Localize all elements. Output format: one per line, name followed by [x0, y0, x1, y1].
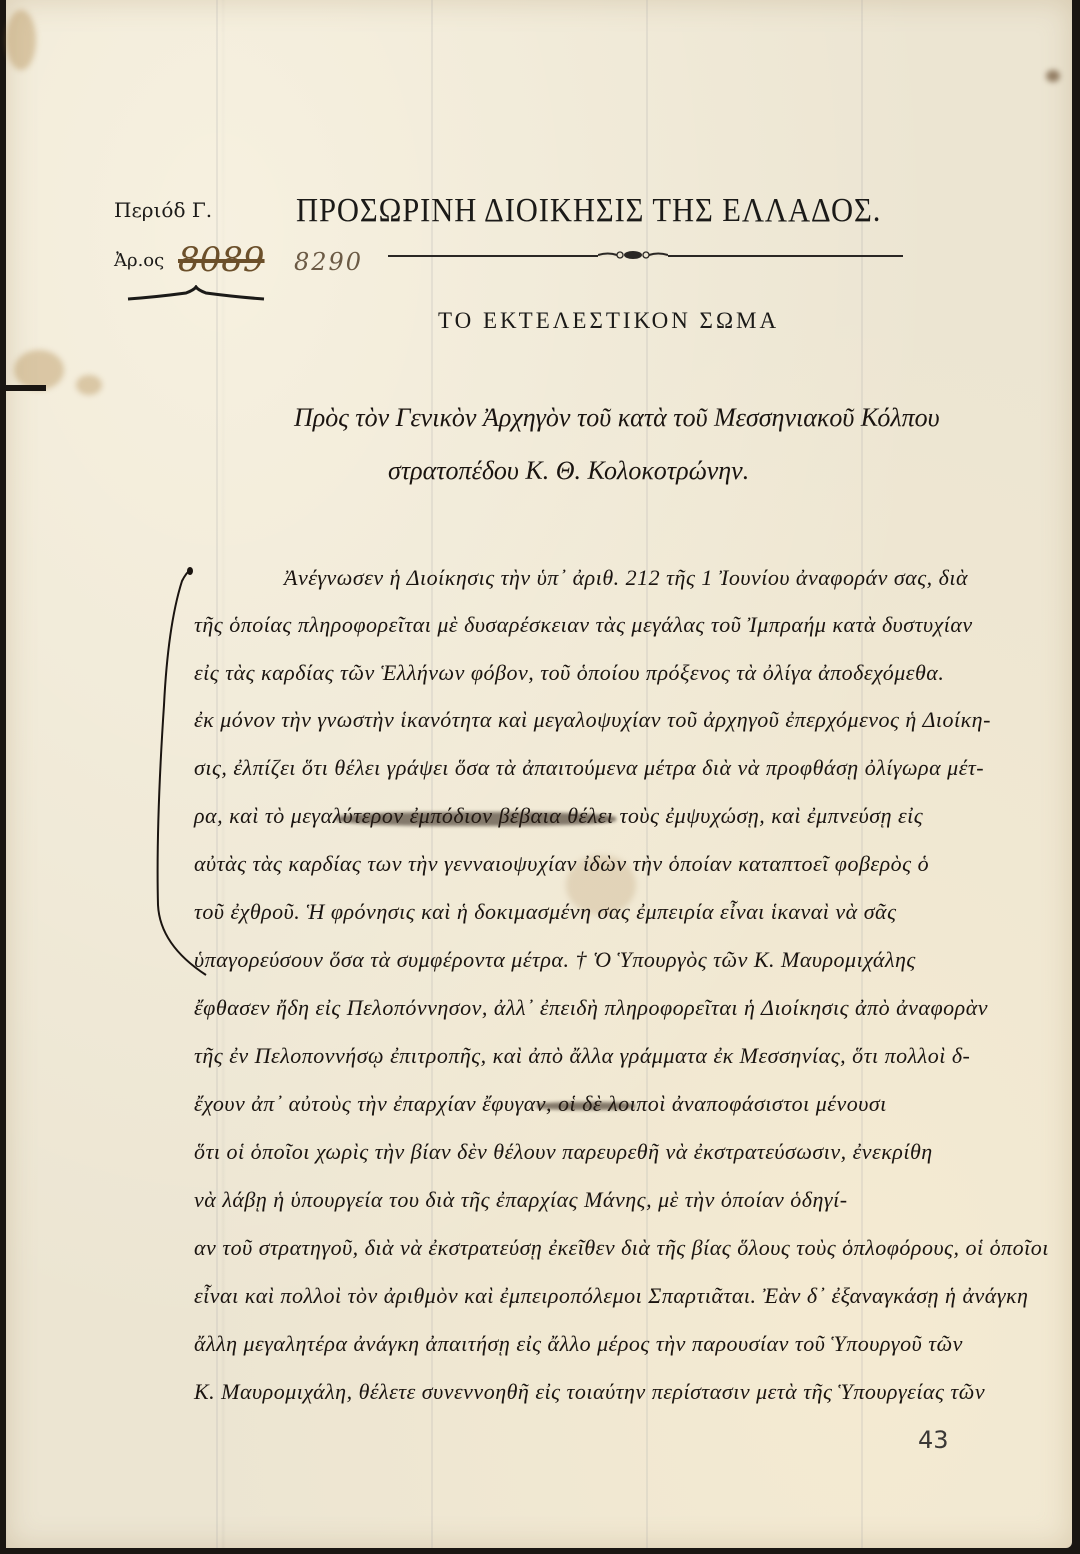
body-line: σις, ἐλπίζει ὅτι θέλει γράψει ὅσα τὰ ἀπα… [194, 755, 984, 781]
page-number: 43 [918, 1426, 949, 1454]
body-line: τῆς ἐν Πελοποννήσῳ ἐπιτροπῆς, καὶ ἀπὸ ἄλ… [194, 1043, 970, 1069]
document-number: 8290 [294, 248, 363, 276]
brace-ornament-icon [126, 285, 266, 305]
body-line: ὅτι οἱ ὁποῖοι χωρὶς τὴν βίαν δὲν θέλουν … [194, 1139, 933, 1165]
water-stain [14, 350, 64, 390]
body-line: αν τοῦ στρατηγοῦ, διὰ νὰ ἐκστρατεύσῃ ἐκε… [194, 1235, 1049, 1261]
body-line: εἰς τὰς καρδίας τῶν Ἑλλήνων φόβον, τοῦ ὁ… [194, 660, 944, 686]
body-line: Κ. Μαυρομιχάλη, θέλετε συνεννοηθῆ εἰς το… [194, 1379, 985, 1405]
paper-tear [6, 385, 46, 391]
body-line: ὑπαγορεύσουν ὅσα τὰ συμφέροντα μέτρα. † … [194, 947, 916, 973]
body-line: τῆς ὁποίας πληροφορεῖται μὲ δυσαρέσκειαν… [194, 612, 973, 638]
body-line: ἔφθασεν ἤδη εἰς Πελοπόννησον, ἀλλ᾽ ἐπειδ… [194, 995, 988, 1021]
body-line: Ἀνέγνωσεν ἡ Διοίκησις τὴν ὑπ᾽ ἀριθ. 212 … [284, 565, 968, 591]
number-label: Ἀρ.ος [114, 250, 164, 271]
body-line: ἐκ μόνον τὴν γνωστὴν ἱκανότητα καὶ μεγαλ… [194, 707, 991, 733]
body-line: νὰ λάβῃ ἡ ὑπουργεία του διὰ τῆς ἐπαρχίας… [194, 1187, 848, 1213]
body-line: αὐτὰς τὰς καρδίας των τὴν γενναιοψυχίαν … [194, 851, 929, 877]
letterhead-subtitle: ΤΟ ΕΚΤΕΛΕΣΤΙΚΟΝ ΣΩΜΑ [438, 308, 779, 334]
letterhead-title: ΠΡΟΣΩΡΙΝΗ ΔΙΟΙΚΗΣΙΣ ΤΗΣ ΕΛΛΑΔΟΣ. [296, 192, 881, 230]
period-label: Περιόδ Γ. [114, 198, 212, 222]
body-line: ἄλλη μεγαλητέρα ἀνάγκη ἀπαιτήσῃ εἰς ἄλλο… [194, 1331, 963, 1357]
addressee-line-2: στρατοπέδου Κ. Θ. Κολοκοτρώνην. [388, 456, 749, 486]
body-line: τοῦ ἐχθροῦ. Ἡ φρόνησις καὶ ἡ δοκιμασμένη… [194, 899, 897, 925]
rule-ornament-icon [598, 249, 668, 261]
addressee-line-1: Πρὸς τὸν Γενικὸν Ἀρχηγὸν τοῦ κατὰ τοῦ Με… [294, 403, 940, 433]
document-page: Περιόδ Γ. ΠΡΟΣΩΡΙΝΗ ΔΙΟΙΚΗΣΙΣ ΤΗΣ ΕΛΛΑΔΟ… [6, 0, 1072, 1548]
water-stain [76, 375, 102, 395]
body-line: εἶναι καὶ πολλοὶ τὸν ἀριθμὸν καὶ ἐμπειρο… [194, 1283, 1028, 1309]
water-stain [6, 10, 36, 70]
struck-out-text [536, 1102, 636, 1110]
ink-spot [1046, 70, 1060, 82]
struck-document-number: 8089 [178, 240, 265, 280]
struck-out-text [336, 812, 616, 826]
